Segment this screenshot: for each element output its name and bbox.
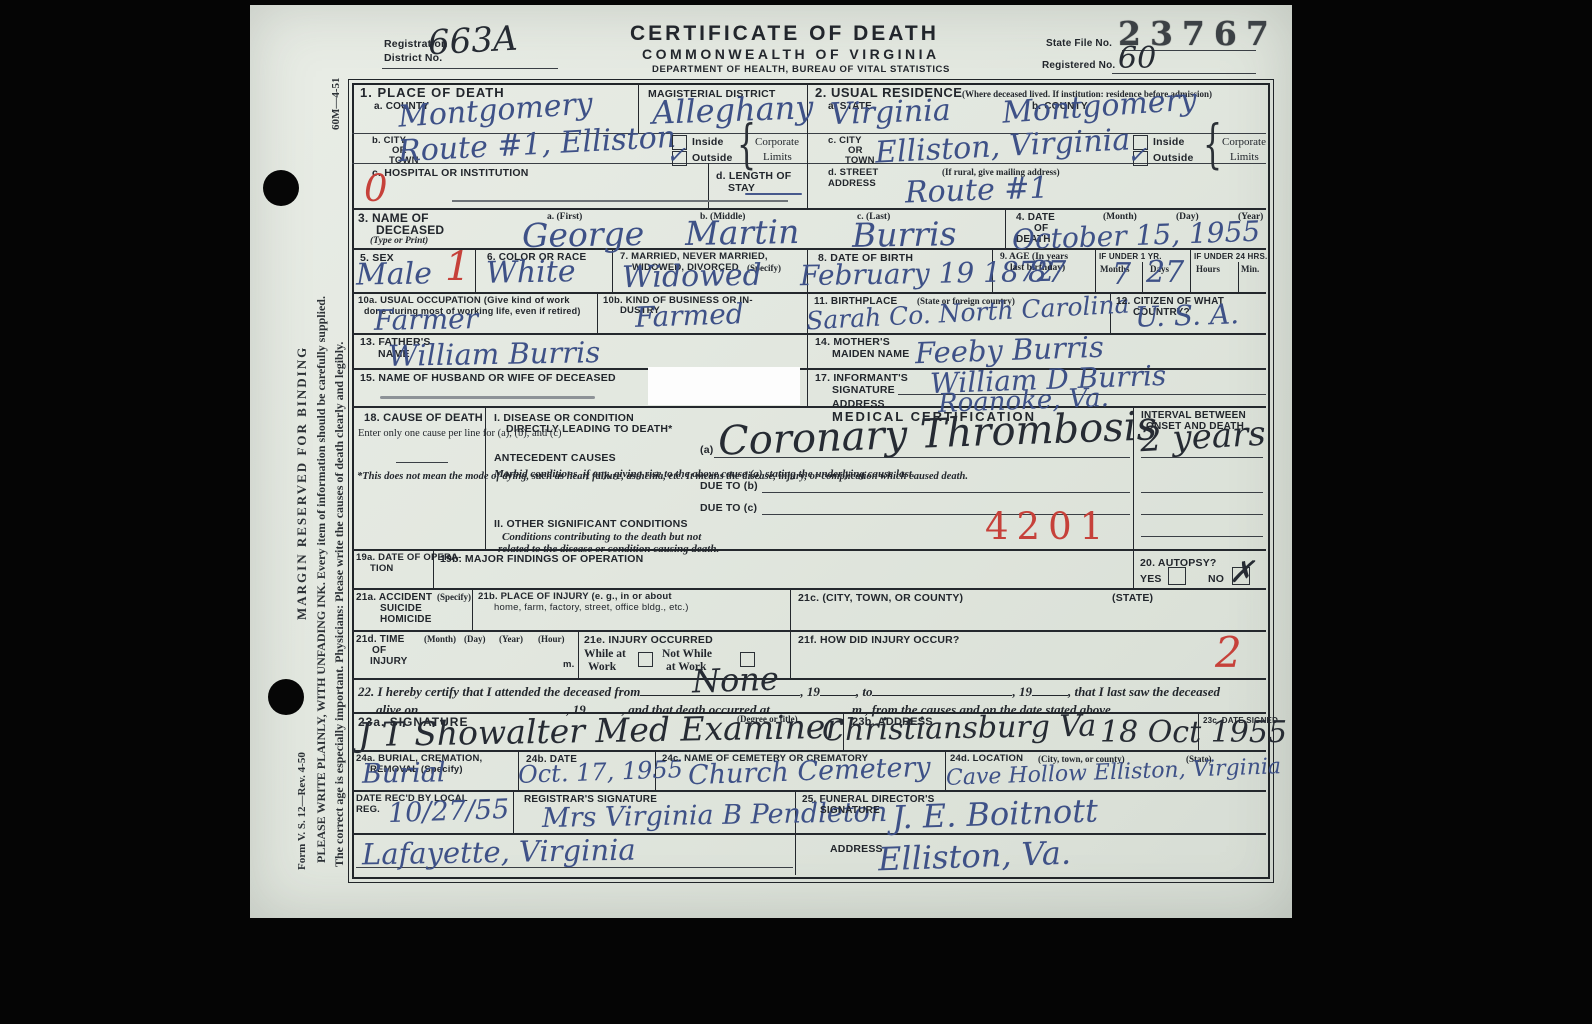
hospital-red-mark: 0 xyxy=(364,170,388,207)
res-street-label2: ADDRESS xyxy=(828,179,876,190)
while-at-work-checkbox xyxy=(638,652,653,667)
autopsy-yes-label: YES xyxy=(1140,573,1162,585)
date-recd-value: 10/27/55 xyxy=(388,796,510,827)
findings-label: 19b. MAJOR FINDINGS OF OPERATION xyxy=(440,553,643,565)
occupation-value: Farmer xyxy=(374,305,479,335)
funeral-director-value: J. E. Boitnott xyxy=(892,794,1099,833)
magisterial-value: Alleghany xyxy=(651,91,813,129)
cause-note-dash xyxy=(396,462,448,463)
days-value: 27 xyxy=(1146,258,1184,288)
pod-outside-checkmark: ✓ xyxy=(666,143,686,167)
time-of-injury-label2: OF xyxy=(372,645,386,657)
district-line xyxy=(382,68,558,69)
cause-note2: *This does not mean the mode of dying, s… xyxy=(357,470,481,483)
rule xyxy=(790,588,791,678)
hours-label: Hours xyxy=(1196,264,1220,274)
dod-value: October 15, 1955 xyxy=(1012,218,1261,255)
state-file-label: State File No. xyxy=(1046,38,1112,50)
injury-state-label: (STATE) xyxy=(1112,592,1153,604)
injury-m-label: m. xyxy=(563,660,575,671)
autopsy-yes-checkbox xyxy=(1168,567,1186,585)
injury-code-red: 2 xyxy=(1215,632,1242,674)
other-conditions-label: II. OTHER SIGNIFICANT CONDITIONS xyxy=(494,518,688,530)
length-of-stay-label: d. LENGTH OF xyxy=(716,170,791,182)
race-value: White xyxy=(486,257,576,289)
accident-label2: SUICIDE xyxy=(380,603,422,615)
pod-corporate-label: Corporate xyxy=(755,136,799,148)
physician-signature-value: J T Showalter Med Examiner xyxy=(358,710,842,751)
rule xyxy=(352,549,1266,551)
rule xyxy=(475,248,476,292)
accident-specify-note: (Specify) xyxy=(437,592,471,602)
due-to-c-label: DUE TO (c) xyxy=(700,502,757,514)
industry-value: Farmed xyxy=(635,300,745,332)
interval-line xyxy=(1141,492,1263,493)
certify-text: , that I last saw the deceased xyxy=(1068,684,1220,699)
under-24hrs-label: IF UNDER 24 HRS. xyxy=(1194,252,1267,261)
margin-note-age: The correct age is especially important.… xyxy=(332,342,347,867)
res-corporate-label: Corporate xyxy=(1222,136,1266,148)
rule xyxy=(612,248,613,292)
sex-value: Male xyxy=(356,259,432,290)
res-street-value: Route #1 xyxy=(905,174,1050,209)
commonwealth-subtitle: COMMONWEALTH OF VIRGINIA xyxy=(642,46,940,62)
cause-code-red: 4201 xyxy=(985,508,1111,545)
injury-day-label: (Day) xyxy=(464,634,486,644)
registered-value: 60 xyxy=(1118,44,1156,74)
injury-occurred-label: 21e. INJURY OCCURRED xyxy=(584,634,713,646)
rule xyxy=(352,790,1266,792)
pod-inside-label: Inside xyxy=(692,136,724,148)
registrar-city-value: Lafayette, Virginia xyxy=(362,836,636,870)
res-outside-checkmark: ✓ xyxy=(1127,143,1147,167)
injury-year-label: (Year) xyxy=(499,634,523,644)
certify-blank xyxy=(872,682,1012,696)
mother-label2: MAIDEN NAME xyxy=(832,348,909,360)
age-value: 87 xyxy=(1028,258,1066,288)
date-signed-value: 18 Oct 1955 xyxy=(1100,718,1287,748)
sex-red-mark: 1 xyxy=(445,247,470,287)
res-inside-label: Inside xyxy=(1153,136,1185,148)
burial-date-value: Oct. 17, 1955 xyxy=(518,757,684,787)
time-of-injury-label3: INJURY xyxy=(370,656,408,668)
rule xyxy=(352,630,1266,632)
hospital-blank-line xyxy=(452,200,788,202)
marital-value: Widowed xyxy=(622,261,762,293)
name-label3: (Type or Print) xyxy=(370,236,428,246)
rule xyxy=(352,678,1266,680)
pod-corporate-label2: Limits xyxy=(763,151,792,163)
registered-label: Registered No. xyxy=(1042,60,1115,72)
how-injury-label: 21f. HOW DID INJURY OCCUR? xyxy=(798,634,960,646)
certify-text: , 19 xyxy=(1012,684,1032,699)
certify-line1: 22. I hereby certify that I attended the… xyxy=(358,682,1220,701)
punch-hole xyxy=(268,679,304,715)
certify-blank xyxy=(1032,682,1068,696)
while-at-work-label: While at xyxy=(584,648,626,660)
spouse-label: 15. NAME OF HUSBAND OR WIFE OF DECEASED xyxy=(360,372,616,384)
injury-hour-label: (Hour) xyxy=(538,634,565,644)
certify-text: , to xyxy=(856,684,873,699)
interval-line xyxy=(1141,457,1263,458)
accident-label: 21a. ACCIDENT xyxy=(356,592,432,604)
injury-city-label: 21c. (CITY, TOWN, OR COUNTY) xyxy=(798,592,963,604)
certify-from-value: None xyxy=(691,662,779,697)
citizen-value: U. S. A. xyxy=(1135,300,1240,332)
cemetery-value: Church Cemetery xyxy=(688,754,931,789)
middle-name-value: Martin xyxy=(685,215,800,250)
rule xyxy=(597,292,598,333)
date-recd-label2: REG. xyxy=(356,805,380,816)
margin-form-code: Form V. S. 12—Rev. 4-50 xyxy=(296,752,308,870)
other-conditions-note: Conditions contributing to the death but… xyxy=(502,531,701,543)
res-city-label3: TOWN xyxy=(845,156,875,167)
not-while-at-work-label: Not While xyxy=(662,648,712,660)
interval-line xyxy=(1141,514,1263,515)
disease-label2: DIRECTLY LEADING TO DEATH* xyxy=(506,423,672,435)
rule xyxy=(1142,262,1143,292)
while-at-work-label2: Work xyxy=(588,661,616,673)
pod-corporate-brace: { xyxy=(737,120,756,173)
mother-label: 14. MOTHER'S xyxy=(815,336,890,348)
fd-address-label: ADDRESS xyxy=(830,843,883,855)
certificate-title: CERTIFICATE OF DEATH xyxy=(630,22,939,46)
accident-label3: HOMICIDE xyxy=(380,614,432,626)
fd-address-value: Elliston, Va. xyxy=(878,837,1072,876)
rule xyxy=(513,790,514,833)
margin-binding-note: MARGIN RESERVED FOR BINDING xyxy=(294,346,310,620)
operation-date-label2: TION xyxy=(370,564,394,575)
due-to-b-label: DUE TO (b) xyxy=(700,480,758,492)
rule xyxy=(807,333,808,406)
place-of-injury-label2: home, farm, factory, street, office bldg… xyxy=(494,603,689,614)
autopsy-no-label: NO xyxy=(1208,573,1224,585)
rule xyxy=(1190,248,1191,292)
interval-value: 2 years xyxy=(1139,417,1266,458)
cause-heading: 18. CAUSE OF DEATH xyxy=(364,412,483,425)
length-of-stay-ink-dash xyxy=(745,193,802,195)
res-state-value: Virginia xyxy=(830,96,952,130)
spouse-blank-smudge xyxy=(380,396,595,399)
funeral-director-label2: SIGNATURE xyxy=(820,805,880,817)
father-value: William Burris xyxy=(388,338,601,371)
informant-label2: SIGNATURE xyxy=(832,384,895,396)
rule xyxy=(1095,248,1096,292)
rule xyxy=(578,630,579,678)
injury-month-label: (Month) xyxy=(424,634,456,644)
certify-text: 22. I hereby certify that I attended the… xyxy=(358,684,640,699)
months-value: 7 xyxy=(1112,260,1131,290)
autopsy-no-mark: ✗ xyxy=(1229,558,1254,588)
last-name-value: Burris xyxy=(852,217,957,252)
res-corporate-label2: Limits xyxy=(1230,151,1259,163)
burial-value: Burial xyxy=(362,759,446,787)
department-line: DEPARTMENT OF HEALTH, BUREAU OF VITAL ST… xyxy=(652,65,950,76)
rule xyxy=(1238,262,1239,292)
min-label: Min. xyxy=(1241,264,1259,274)
antecedent-label: ANTECEDENT CAUSES xyxy=(494,452,616,464)
res-outside-label: Outside xyxy=(1153,152,1194,164)
pod-outside-label: Outside xyxy=(692,152,733,164)
rule xyxy=(472,588,473,630)
cause-a-label: (a) xyxy=(700,444,713,456)
hospital-label: c. HOSPITAL OR INSTITUTION xyxy=(372,167,529,179)
res-corporate-brace: { xyxy=(1203,120,1222,173)
time-of-injury-label: 21d. TIME xyxy=(356,634,404,646)
rule xyxy=(1005,208,1006,248)
rule xyxy=(352,292,1266,294)
margin-note-plainly: PLEASE WRITE PLAINLY, WITH UNFADING INK.… xyxy=(314,296,329,863)
scanned-death-certificate: MARGIN RESERVED FOR BINDING Form V. S. 1… xyxy=(0,0,1592,1024)
district-value: 663A xyxy=(427,22,518,61)
antecedent-note: Morbid conditions, if any, giving rise t… xyxy=(494,468,699,482)
margin-print-run: 60M—4-51 xyxy=(330,77,342,130)
certify-blank xyxy=(820,682,856,696)
certify-text: , 19 xyxy=(800,684,820,699)
interval-line xyxy=(1141,536,1263,537)
rule xyxy=(352,208,1266,210)
physician-address-value: Christiansburg Va xyxy=(822,712,1097,747)
due-to-b-line xyxy=(762,492,1130,493)
cause-note1: Enter only one cause per line for (a), (… xyxy=(358,428,480,439)
informant-label: 17. INFORMANT'S xyxy=(815,372,908,384)
first-name-value: George xyxy=(522,217,645,252)
redaction-box xyxy=(648,367,800,405)
punch-hole xyxy=(263,170,299,206)
